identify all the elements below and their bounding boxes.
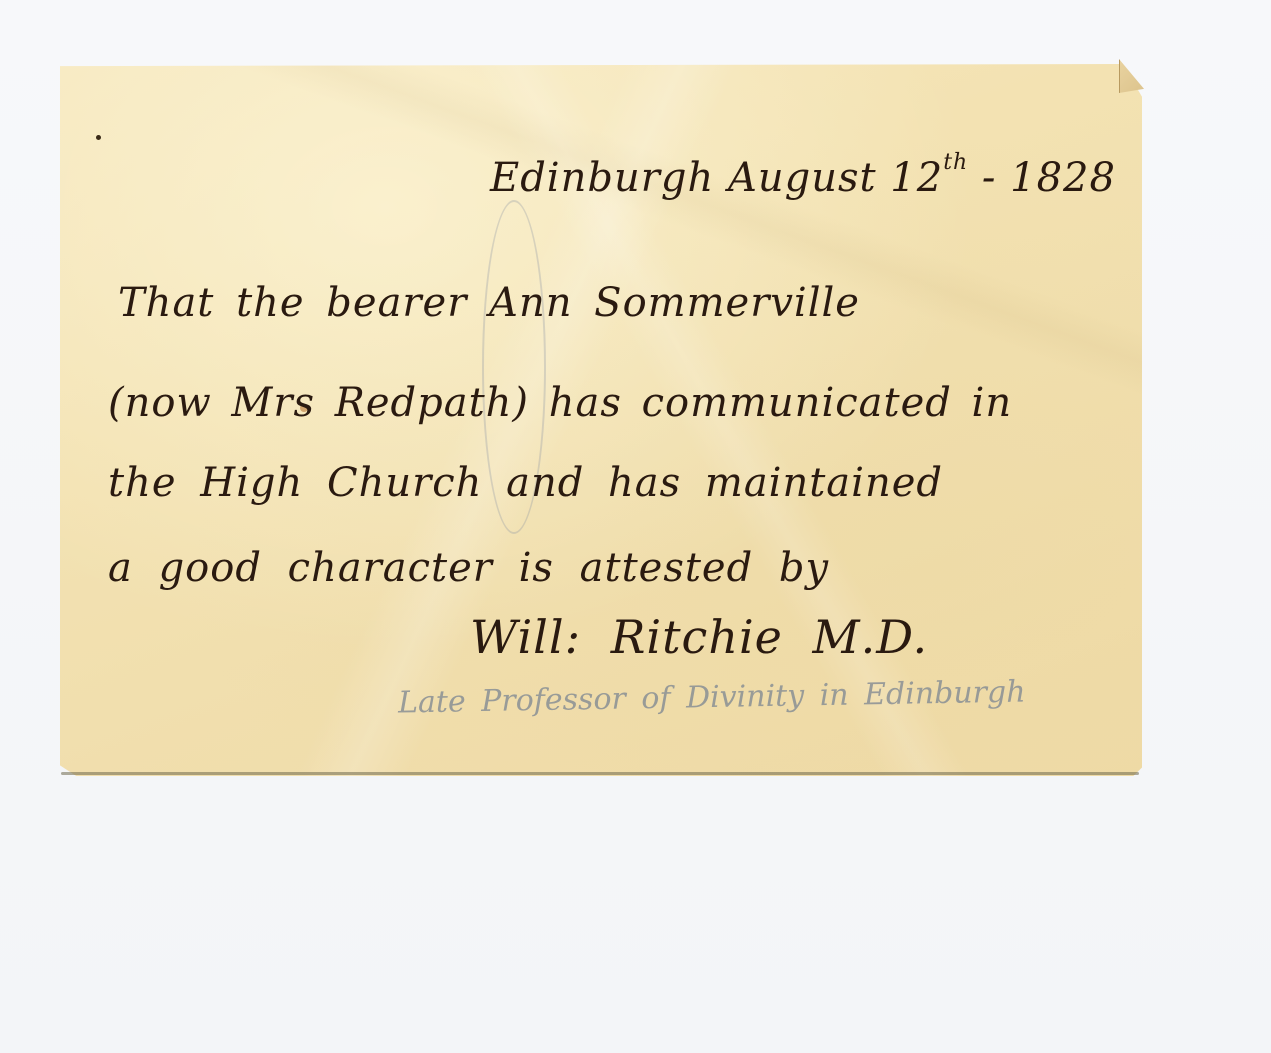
- scanned-document: Edinburgh August 12th - 1828 That the be…: [0, 0, 1271, 1053]
- dateline-day: 12: [890, 155, 943, 201]
- dateline-day-suffix: th: [943, 150, 968, 175]
- folded-corner: [1119, 59, 1144, 93]
- body-line-1: That the bearer Ann Sommerville: [118, 280, 860, 326]
- paper-bottom-edge: [61, 772, 1139, 775]
- body-line-4: a good character is attested by: [108, 545, 829, 591]
- ink-speck: [96, 135, 101, 140]
- dateline-place: Edinburgh: [490, 155, 714, 201]
- dateline-year: 1828: [1010, 155, 1116, 201]
- dateline-month: August: [728, 155, 877, 201]
- dateline: Edinburgh August 12th - 1828: [490, 150, 1116, 201]
- dateline-separator: -: [982, 155, 997, 201]
- body-line-2: (now Mrs Redpath) has communicated in: [108, 380, 1012, 426]
- signature: Will: Ritchie M.D.: [470, 610, 928, 664]
- body-line-3: the High Church and has maintained: [108, 460, 943, 506]
